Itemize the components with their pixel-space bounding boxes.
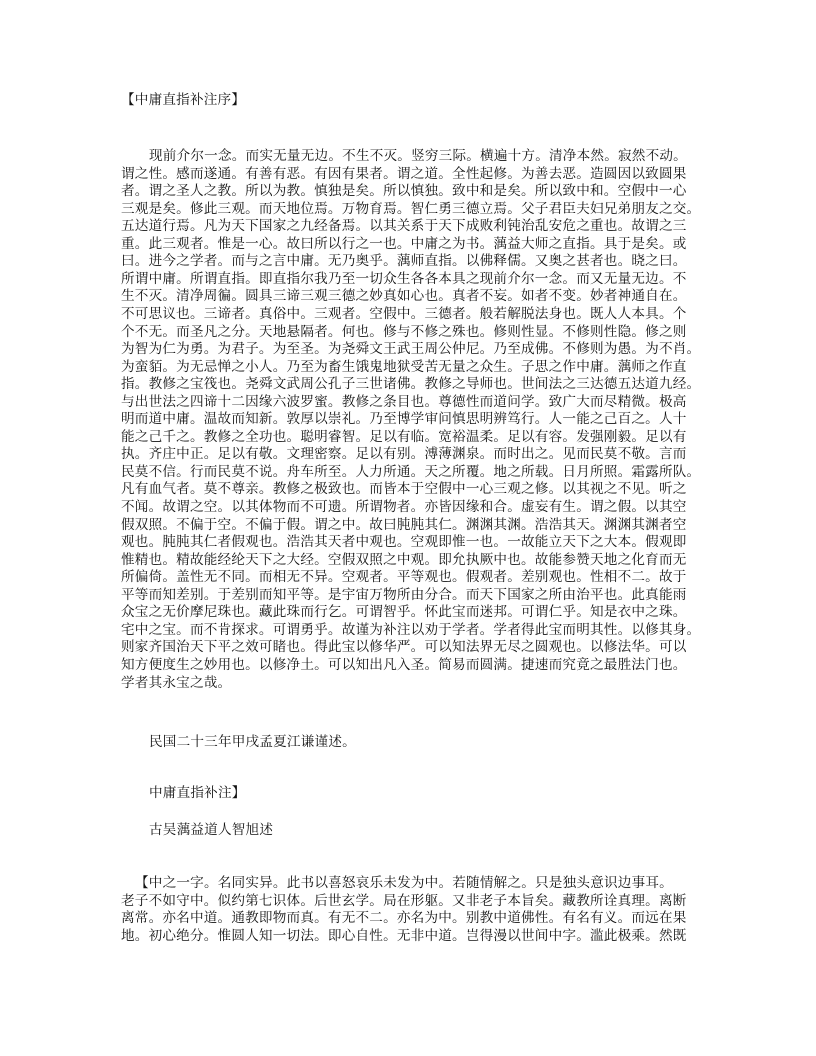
text-line: 地。初心绝分。惟圆人知一切法。即心自性。无非中道。岂得漫以世间中字。滥此极乘。然… <box>121 928 687 946</box>
text-line: 宅中之宝。而不肯探求。可谓勇乎。故谨为补注以劝于学者。学者得此宝而明其性。以修其… <box>121 622 700 640</box>
text-line: 众宝之无价摩尼珠也。藏此珠而行乞。可谓智乎。怀此宝而迷邦。可谓仁乎。知是衣中之珠… <box>121 604 687 622</box>
text-line: 现前介尔一念。而实无量无边。不生不灭。竖穷三际。横遍十方。清净本然。寂然不动。 <box>149 148 687 166</box>
text-line: 明而道中庸。温故而知新。敦厚以崇礼。乃至博学审问慎思明辨笃行。人一能之己百之。人… <box>121 411 687 429</box>
text-line: 为蛮貊。为无忌惮之小人。乃至为畜生饿鬼地狱受苦无量之众生。子思之作中庸。蕅师之作… <box>121 359 687 377</box>
text-line: 则家齐国治天下平之效可睹也。得此宝以修华严。可以知法界无尽之圆观也。以修法华。可… <box>121 639 687 657</box>
text-line: 曰。进今之学者。而与之言中庸。无乃奥乎。蕅师直指。以佛释儒。又奥之甚者也。晓之曰… <box>121 253 687 271</box>
text-line: 执。齐庄中正。足以有敬。文理密察。足以有别。溥薄渊泉。而时出之。见而民莫不敬。言… <box>121 446 687 464</box>
text-line: 所谓中庸。所谓直指。即直指尔我乃至一切众生各各本具之现前介尔一念。而又无量无边。… <box>121 271 687 289</box>
text-line: 者。谓之圣人之教。所以为教。慎独是矣。所以慎独。致中和是矣。所以致中和。空假中一… <box>121 183 687 201</box>
text-line: 五达道行焉。凡为天下国家之九经备焉。以其关系于天下成败利钝治乱安危之重也。故谓之… <box>121 218 687 236</box>
text-line: 【中之一字。名同实异。此书以喜怒哀乐未发为中。若随情解之。只是独头意识边事耳。 <box>135 875 673 893</box>
text-line: 为智为仁为勇。为君子。为至圣。为尧舜文王武王周公仲尼。乃至成佛。不修则为愚。为不… <box>121 341 700 359</box>
commentary-author: 古吴蕅益道人智旭述 <box>149 822 273 840</box>
text-line: 惟精也。精故能经纶天下之大经。空假双照之中观。即允执厥中也。故能参赞天地之化育而… <box>121 552 687 570</box>
preface-signature: 民国二十三年甲戌孟夏江谦谨述。 <box>149 734 356 752</box>
text-line: 个不无。而圣凡之分。天地悬隔者。何也。修与不修之殊也。修则性显。不修则性隐。修之… <box>121 324 687 342</box>
commentary-title: 中庸直指补注】 <box>149 785 246 803</box>
preface-title: 【中庸直指补注序】 <box>121 92 245 110</box>
text-line: 平等而知差别。于差别而知平等。是宇宙万物所由分合。而天下国家之所由治平也。此真能… <box>121 587 687 605</box>
text-line: 假双照。不偏于空。不偏于假。谓之中。故曰肫肫其仁。渊渊其渊。浩浩其天。渊渊其渊者… <box>121 517 687 535</box>
text-line: 重。此三观者。惟是一心。故曰所以行之一也。中庸之为书。蕅益大师之直指。具于是矣。… <box>121 236 687 254</box>
text-line: 学者其永宝之哉。 <box>121 675 231 693</box>
text-line: 与出世法之四谛十二因缘六波罗蜜。教修之条目也。尊德性而道问学。致广大而尽精微。极… <box>121 394 687 412</box>
text-line: 民莫不信。行而民莫不说。舟车所至。人力所通。天之所覆。地之所载。日月所照。霜露所… <box>121 464 700 482</box>
text-line: 老子不如守中。似约第七识体。后世玄学。局在形躯。又非老子本旨矣。藏教所诠真理。离… <box>121 893 687 911</box>
text-line: 能之己千之。教修之全功也。聪明睿智。足以有临。宽裕温柔。足以有容。发强刚毅。足以… <box>121 429 687 447</box>
text-line: 所偏倚。盖性无不同。而相无不异。空观者。平等观也。假观者。差别观也。性相不二。故… <box>121 569 687 587</box>
text-line: 指。教修之宝筏也。尧舜文武周公孔子三世诸佛。教修之导师也。世间法之三达德五达道九… <box>121 376 700 394</box>
text-line: 不闻。故谓之空。以其体物而不可遗。所谓物者。亦皆因缘和合。虚妄有生。谓之假。以其… <box>121 499 687 517</box>
text-line: 离常。亦名中道。通教即物而真。有无不二。亦名为中。别教中道佛性。有名有义。而远在… <box>121 910 687 928</box>
text-line: 三观是矣。修此三观。而天地位焉。万物育焉。智仁勇三德立焉。父子君臣夫妇兄弟朋友之… <box>121 201 700 219</box>
text-line: 谓之性。感而遂通。有善有恶。有因有果者。谓之道。全性起修。为善去恶。造圆因以致圆… <box>121 166 687 184</box>
text-line: 不可思议也。三谛者。真俗中。三观者。空假中。三德者。般若解脱法身也。既人人本具。… <box>121 306 687 324</box>
text-line: 知方便度生之妙用也。以修净土。可以知出凡入圣。简易而圆满。捷速而究竟之最胜法门也… <box>121 657 687 675</box>
text-line: 凡有血气者。莫不尊亲。教修之极致也。而皆本于空假中一心三观之修。以其视之不见。听… <box>121 481 687 499</box>
text-line: 生不灭。清净周徧。圆具三谛三观三德之妙真如心也。真者不妄。如者不变。妙者神通自在… <box>121 288 687 306</box>
text-line: 观也。肫肫其仁者假观也。浩浩其天者中观也。空观即惟一也。一故能立天下之大本。假观… <box>121 534 687 552</box>
